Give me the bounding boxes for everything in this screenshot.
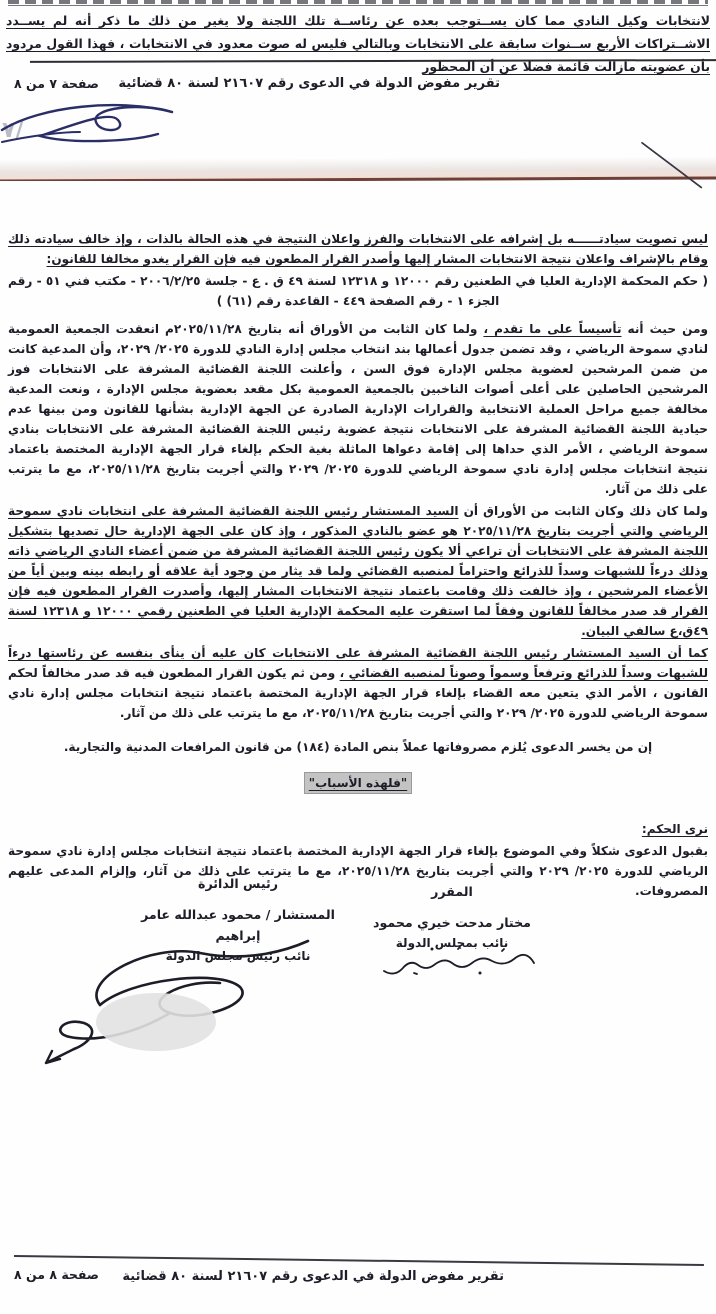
page8-footer-title: تقرير مفوض الدولة في الدعوى رقم ٢١٦٠٧ لس…	[122, 1269, 504, 1284]
page7-body-lines: لانتخابات وكيل النادي مما كان يســتوجب ب…	[6, 9, 710, 78]
ruling-heading: نرى الحكم:	[642, 819, 708, 839]
text-segment: ولما كان الثابت من الأوراق أنه بتاريخ ٢٠…	[8, 322, 708, 496]
para-supervision: ليس تصويت سيادتــــــه بل إشرافه على الا…	[8, 229, 708, 269]
reporter-handwritten-signature-icon	[362, 943, 542, 983]
president-title: رئيس الدائرة	[118, 873, 358, 894]
page8-footer-rule	[14, 1255, 704, 1266]
page8-body: ليس تصويت سيادتــــــه بل إشرافه على الا…	[8, 229, 708, 903]
para-costs: إن من يخسر الدعوى يُلزم مصروفاتها عملاً …	[8, 737, 708, 757]
text-segment: تأسيساً على ما تقدم ،	[483, 322, 621, 336]
clipped-text-remnant	[8, 0, 708, 4]
reasons-heading-wrap: "فلهذه الأسباب"	[8, 773, 708, 793]
page-7-strip: لانتخابات وكيل النادي مما كان يســتوجب ب…	[0, 0, 716, 181]
para-lamma: ولما كان ذلك وكان الثابت من الأوراق أن ا…	[8, 501, 708, 641]
para-court-citation: ( حكم المحكمة الإدارية العليا في الطعنين…	[8, 271, 708, 311]
reasons-heading: "فلهذه الأسباب"	[305, 773, 411, 793]
text-segment: ولما كان ذلك وكان الثابت من الأوراق أن	[459, 504, 708, 518]
text-segment: ومن حيث أنه	[622, 322, 708, 336]
page7-footer-title: تقرير مفوض الدولة في الدعوى رقم ٢١٦٠٧ لس…	[118, 76, 500, 91]
scanned-document: اللجنة الأولى اللجنة الأولى لانتخابات وك…	[0, 0, 716, 1314]
reporter-name: مختار مدحت خيري محمود	[362, 912, 542, 933]
clipped-text-underline	[8, 5, 708, 6]
page-8: ليس تصويت سيادتــــــه بل إشرافه على الا…	[0, 181, 716, 1314]
page7-page-number: صفحة ٧ من ٨	[14, 76, 99, 91]
para-ruling: بقبول الدعوى شكلاً وفي الموضوع بإلغاء قر…	[8, 841, 708, 901]
para-kama: كما أن السيد المستشار رئيس اللجنة القضائ…	[8, 643, 708, 723]
page8-page-number: صفحة ٨ من ٨	[14, 1267, 99, 1282]
text-segment: السيد المستشار رئيس اللجنة القضائية المش…	[8, 504, 708, 638]
scan-erasure-blob	[96, 993, 216, 1051]
para-whereas: ومن حيث أنه تأسيساً على ما تقدم ، ولما ك…	[8, 319, 708, 499]
reporter-title: المقرر	[362, 881, 542, 902]
page-edge-separator	[0, 156, 716, 182]
